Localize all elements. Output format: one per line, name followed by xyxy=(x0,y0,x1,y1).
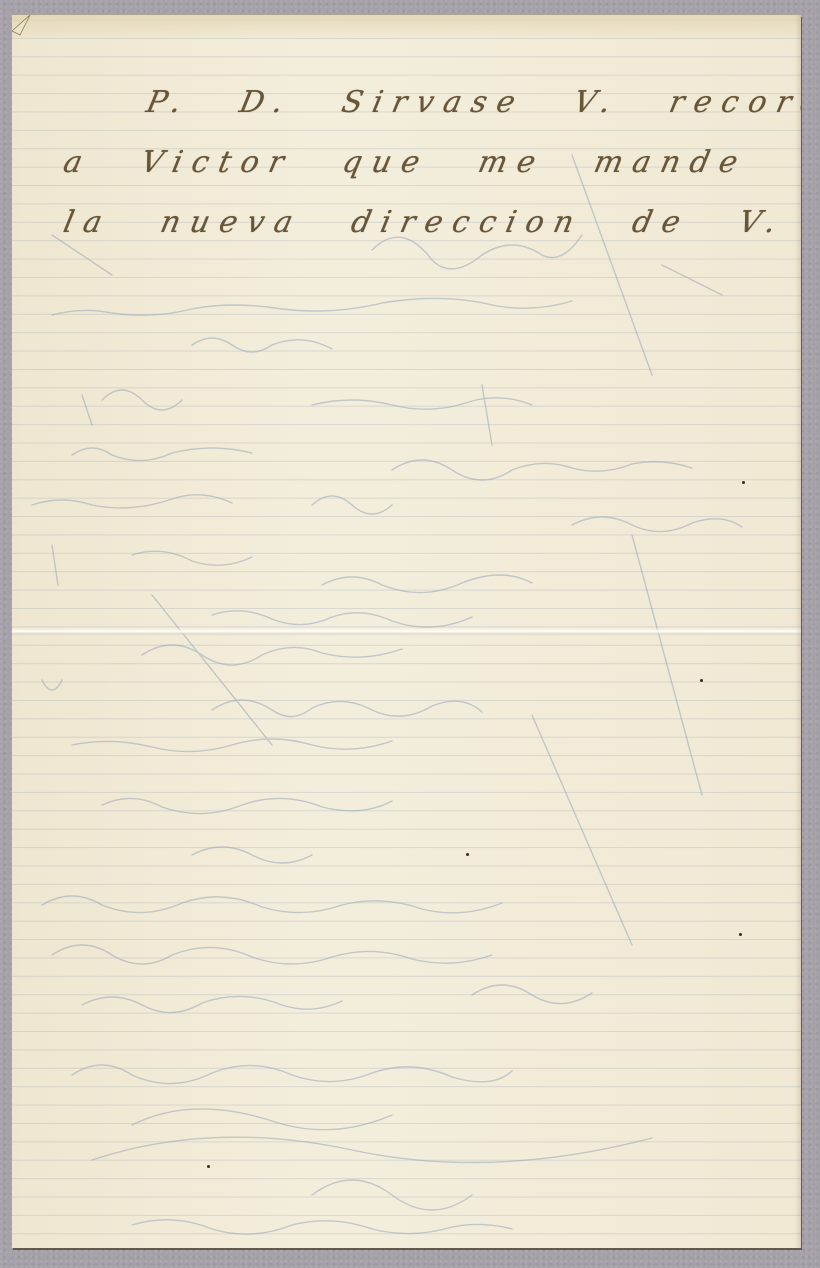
handwritten-text: P. D. Sirvase V. recordar a Victor que m… xyxy=(12,15,801,275)
handwritten-line-2: a Victor que me mande xyxy=(60,145,751,180)
fold-crease xyxy=(12,628,801,636)
handwritten-line-1: P. D. Sirvase V. recordar xyxy=(143,85,801,120)
ink-speck xyxy=(742,481,745,484)
ink-speck xyxy=(207,1165,210,1168)
ink-speck xyxy=(466,853,469,856)
handwritten-line-3: la nueva direccion de V. Dr xyxy=(60,205,801,240)
ink-speck xyxy=(700,679,703,682)
letter-sheet: P. D. Sirvase V. recordar a Victor que m… xyxy=(12,15,801,1248)
ink-speck xyxy=(739,933,742,936)
